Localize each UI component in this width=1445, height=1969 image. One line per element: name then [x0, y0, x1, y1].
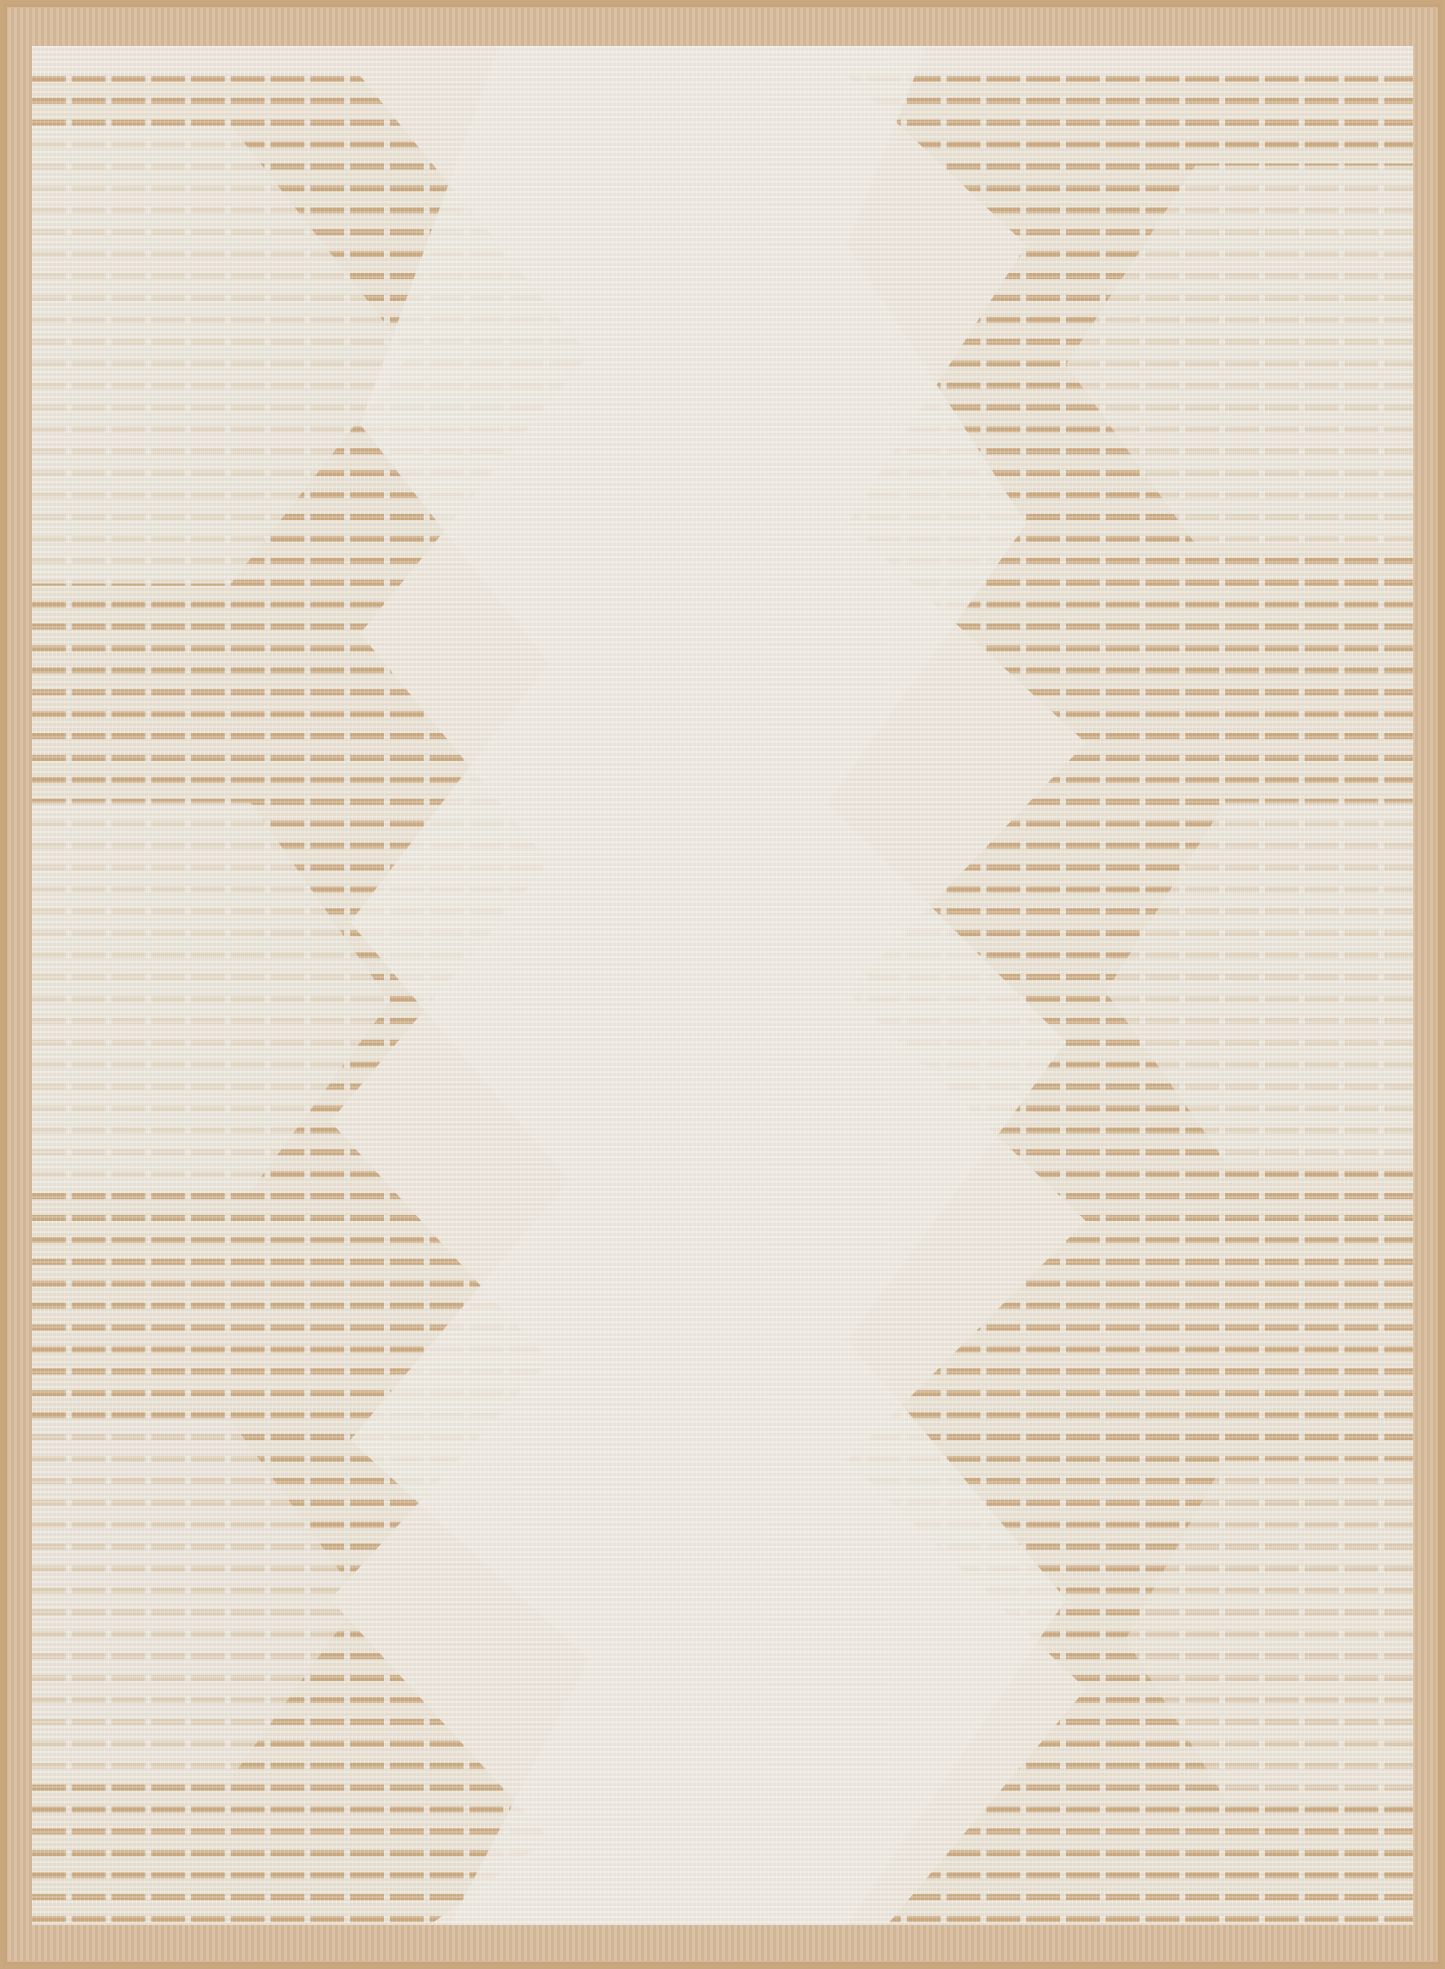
rug: Shag area rug, top-down view	[0, 0, 1445, 1969]
rug-pattern	[32, 46, 1413, 1925]
rug-field	[32, 46, 1413, 1925]
